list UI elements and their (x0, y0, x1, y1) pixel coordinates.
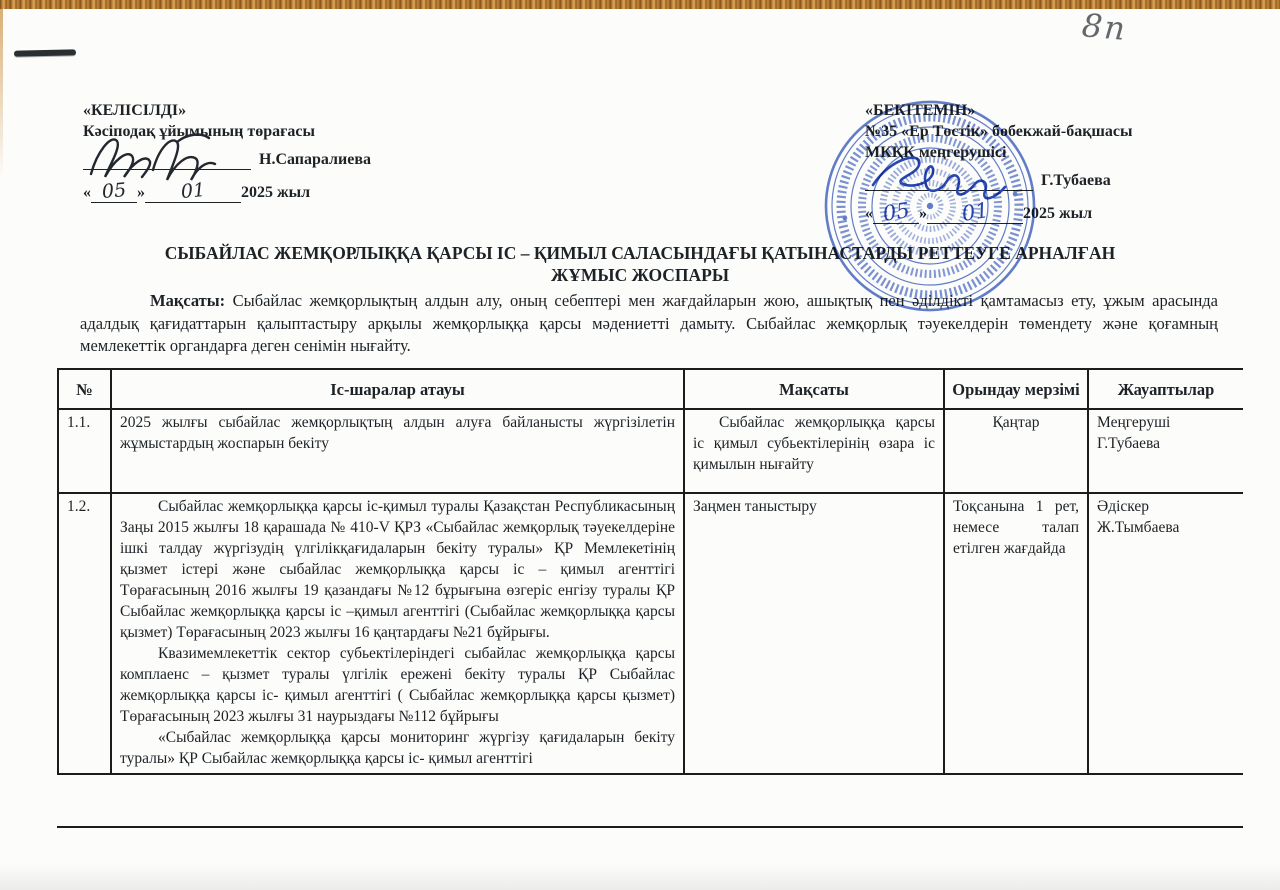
approved-date-row: «05»012025 жыл (865, 202, 1245, 228)
header-responsible: Жауаптылар (1088, 369, 1243, 409)
agreed-date-month-slot: 01 (145, 181, 241, 203)
row1-num: 1.1. (58, 409, 111, 493)
agreed-date-year: 2025 жыл (241, 184, 310, 201)
handwritten-month: 01 (960, 200, 990, 225)
signature-line (865, 167, 1033, 191)
approved-person-name: Г.Тубаева (1041, 172, 1111, 189)
row2-activity-p2: Квазимемлекеттік сектор субьектілеріндег… (120, 643, 675, 727)
row2-num: 1.2. (58, 493, 111, 774)
quote-open: « (83, 184, 91, 201)
approved-signature-row: Г.Тубаева (865, 167, 1245, 200)
row2-activity-p1: Сыбайлас жемқорлыққа қарсы іс-қимыл тура… (120, 496, 675, 643)
approved-org-label: №35 «Ер Төстік» бөбекжай-бақшасы (865, 121, 1245, 142)
table-row: 1.1. 2025 жылғы сыбайлас жемқорлықтың ал… (58, 409, 1243, 493)
header-num: № (58, 369, 111, 409)
approval-block-agreed: «КЕЛІСІЛДІ» Кәсіподақ ұйымының төрағасы … (83, 100, 483, 207)
approved-role-label: МКҚК меңгерушісі (865, 142, 1245, 163)
approved-date-month-slot: 01 (927, 202, 1023, 224)
approval-block-approved: «БЕКІТЕМІН» №35 «Ер Төстік» бөбекжай-бақ… (865, 100, 1245, 228)
quote-close: » (919, 205, 927, 222)
agreed-person-name: Н.Сапаралиева (259, 151, 371, 168)
handwritten-page-note: 8n (1081, 8, 1129, 46)
row2-responsible: Әдіскер Ж.Тымбаева (1088, 493, 1243, 774)
row1-activity: 2025 жылғы сыбайлас жемқорлықтың алдын а… (111, 409, 684, 493)
row2-deadline: Тоқсанына 1 рет, немесе талап етілген жа… (944, 493, 1088, 774)
row2-goal: Заңмен таныстыру (684, 493, 944, 774)
approved-date-year: 2025 жыл (1023, 205, 1092, 222)
purpose-text: Сыбайлас жемқорлықтың алдын алу, оның се… (80, 291, 1218, 355)
handwritten-day: 05 (101, 180, 127, 203)
plan-table-container: № Іс-шаралар атауы Мақсаты Орындау мерзі… (57, 368, 1243, 828)
row1-activity-text: 2025 жылғы сыбайлас жемқорлықтың алдын а… (120, 412, 675, 454)
row1-deadline: Қаңтар (944, 409, 1088, 493)
purpose-label: Мақсаты: (150, 291, 225, 310)
document-title: СЫБАЙЛАС ЖЕМҚОРЛЫҚҚА ҚАРСЫ ІС – ҚИМЫЛ СА… (70, 242, 1210, 286)
signature-line (83, 146, 251, 170)
agreed-date-row: «05»012025 жыл (83, 181, 483, 207)
row1-goal: Сыбайлас жемқорлыққа қарсы іс қимыл субь… (684, 409, 944, 493)
pen-mark (14, 49, 76, 56)
agreed-date-day-slot: 05 (91, 181, 137, 203)
row2-activity-p3: «Сыбайлас жемқорлыққа қарсы мониторинг ж… (120, 727, 675, 769)
work-plan-table: № Іс-шаралар атауы Мақсаты Орындау мерзі… (57, 368, 1243, 775)
quote-close: » (137, 184, 145, 201)
header-activity: Іс-шаралар атауы (111, 369, 684, 409)
quote-open: « (865, 205, 873, 222)
table-row: 1.2. Сыбайлас жемқорлыққа қарсы іс-қимыл… (58, 493, 1243, 774)
row1-responsible: Меңгеруші Г.Тубаева (1088, 409, 1243, 493)
header-deadline: Орындау мерзімі (944, 369, 1088, 409)
purpose-paragraph: Мақсаты: Сыбайлас жемқорлықтың алдын алу… (80, 290, 1218, 358)
approved-status-label: «БЕКІТЕМІН» (865, 100, 1245, 121)
agreed-status-label: «КЕЛІСІЛДІ» (83, 100, 483, 121)
agreed-role-label: Кәсіподақ ұйымының төрағасы (83, 121, 483, 142)
scanned-document-page: 8n «КЕЛІСІЛДІ» Кәсіподақ ұйымының төраға… (0, 0, 1280, 890)
approved-date-day-slot: 05 (873, 202, 919, 224)
handwritten-month: 01 (180, 180, 206, 203)
row2-activity: Сыбайлас жемқорлыққа қарсы іс-қимыл тура… (111, 493, 684, 774)
document-title-line2: ЖҰМЫС ЖОСПАРЫ (70, 264, 1210, 286)
scan-bottom-shade (0, 864, 1280, 890)
scan-left-edge (0, 9, 3, 179)
document-title-line1: СЫБАЙЛАС ЖЕМҚОРЛЫҚҚА ҚАРСЫ ІС – ҚИМЫЛ СА… (70, 242, 1210, 264)
header-goal: Мақсаты (684, 369, 944, 409)
handwritten-day: 05 (881, 200, 911, 225)
table-header-row: № Іс-шаралар атауы Мақсаты Орындау мерзі… (58, 369, 1243, 409)
agreed-signature-row: Н.Сапаралиева (83, 146, 483, 179)
